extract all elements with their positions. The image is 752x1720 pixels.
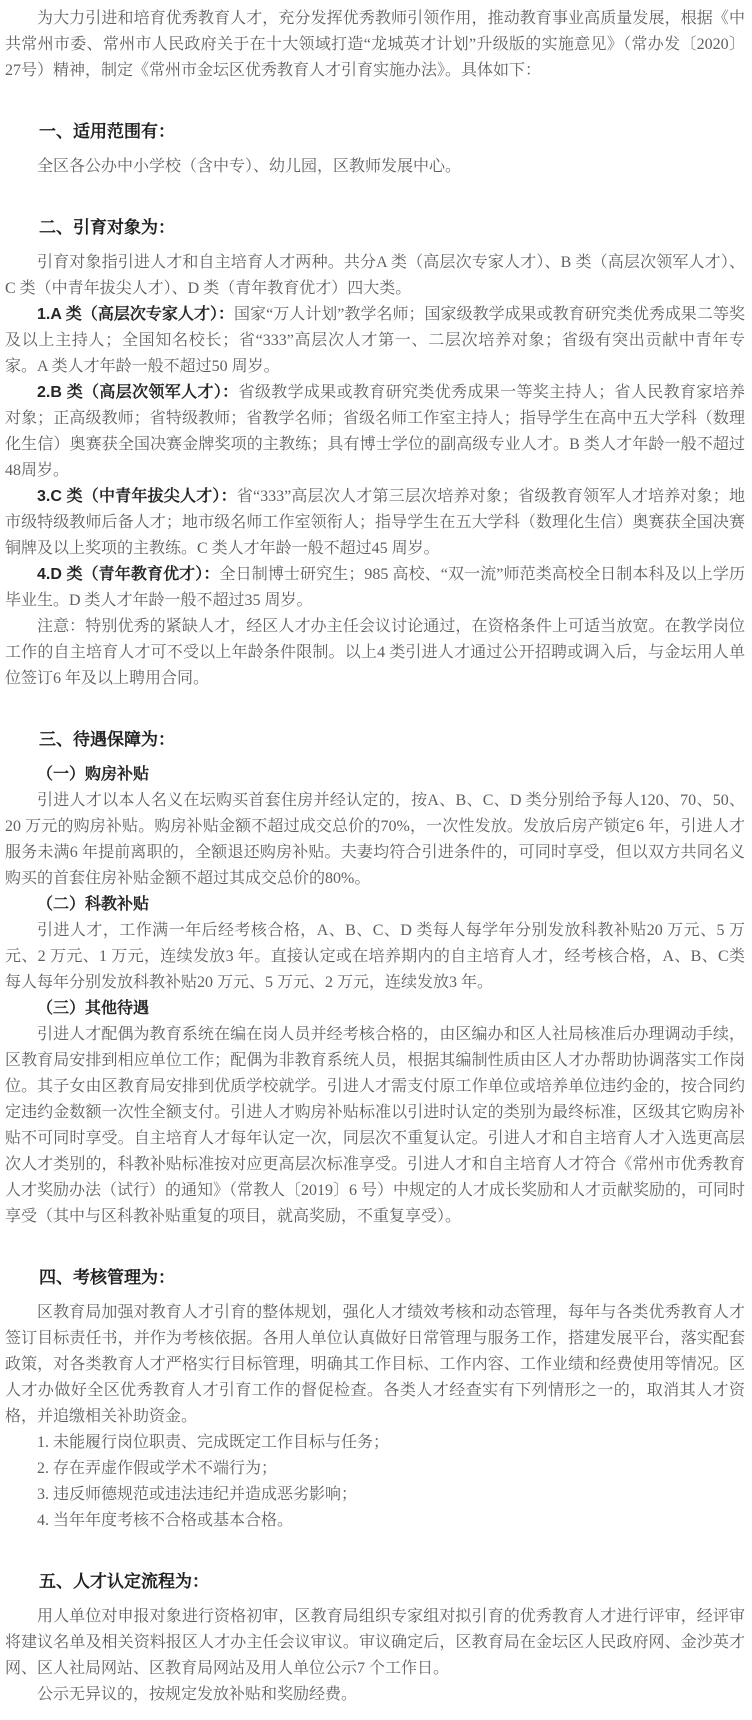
violation-item-3: 3. 违反师德规范或违法违纪并造成恶劣影响； (5, 1482, 745, 1508)
section-4-heading: 四、考核管理为： (5, 1266, 745, 1290)
section-3-heading: 三、待遇保障为： (5, 728, 745, 752)
section-1-heading: 一、适用范围有： (5, 120, 745, 144)
section-5-heading: 五、人才认定流程为： (5, 1570, 745, 1594)
subsection-other-benefits-title: （三）其他待遇 (5, 996, 745, 1022)
intro-paragraph: 为大力引进和培育优秀教育人才，充分发挥优秀教师引领作用，推动教育事业高质量发展，… (5, 6, 745, 84)
section-5-closing: 公示无异议的，按规定发放补贴和奖励经费。 (5, 1682, 745, 1708)
section-5-paragraph: 用人单位对申报对象进行资格初审，区教育局组织专家组对拟引育的优秀教育人才进行评审… (5, 1604, 745, 1682)
subsection-research-subsidy-text: 引进人才，工作满一年后经考核合格，A、B、C、D 类每人每学年分别发放科教补贴2… (5, 918, 745, 996)
section-4-paragraph: 区教育局加强对教育人才引育的整体规划，强化人才绩效考核和动态管理，每年与各类优秀… (5, 1300, 745, 1430)
subsection-housing-subsidy-title: （一）购房补贴 (5, 762, 745, 788)
category-d-label: 4.D 类（青年教育优才）： (37, 566, 220, 583)
category-b-label: 2.B 类（高层次领军人才）： (37, 384, 239, 401)
policy-document-page: 为大力引进和培育优秀教育人才，充分发挥优秀教师引领作用，推动教育事业高质量发展，… (0, 0, 752, 1720)
section-2-paragraph: 引育对象指引进人才和自主培育人才两种。共分A 类（高层次专家人才）、B 类（高层… (5, 250, 745, 302)
category-c-label: 3.C 类（中青年拔尖人才）： (37, 488, 237, 505)
section-2-heading: 二、引育对象为： (5, 216, 745, 240)
category-d-item: 4.D 类（青年教育优才）：全日制博士研究生；985 高校、“双一流”师范类高校… (5, 562, 745, 614)
category-b-item: 2.B 类（高层次领军人才）：省级教学成果或教育研究类优秀成果一等奖主持人；省人… (5, 380, 745, 484)
section-1-paragraph: 全区各公办中小学校（含中专）、幼儿园，区教师发展中心。 (5, 154, 745, 180)
category-a-item: 1.A 类（高层次专家人才）：国家“万人计划”教学名师；国家级教学成果或教育研究… (5, 302, 745, 380)
category-a-label: 1.A 类（高层次专家人才）： (37, 306, 234, 323)
subsection-housing-subsidy-text: 引进人才以本人名义在坛购买首套住房并经认定的，按A、B、C、D 类分别给予每人1… (5, 788, 745, 892)
subsection-research-subsidy-title: （二）科教补贴 (5, 892, 745, 918)
violation-item-1: 1. 未能履行岗位职责、完成既定工作目标与任务； (5, 1430, 745, 1456)
section-2-note: 注意：特别优秀的紧缺人才，经区人才办主任会议讨论通过，在资格条件上可适当放宽。在… (5, 614, 745, 692)
violation-item-2: 2. 存在弄虚作假或学术不端行为； (5, 1456, 745, 1482)
violation-item-4: 4. 当年年度考核不合格或基本合格。 (5, 1508, 745, 1534)
category-c-item: 3.C 类（中青年拔尖人才）：省“333”高层次人才第三层次培养对象；省级教育领… (5, 484, 745, 562)
subsection-other-benefits-text: 引进人才配偶为教育系统在编在岗人员并经考核合格的，由区编办和区人社局核准后办理调… (5, 1022, 745, 1230)
